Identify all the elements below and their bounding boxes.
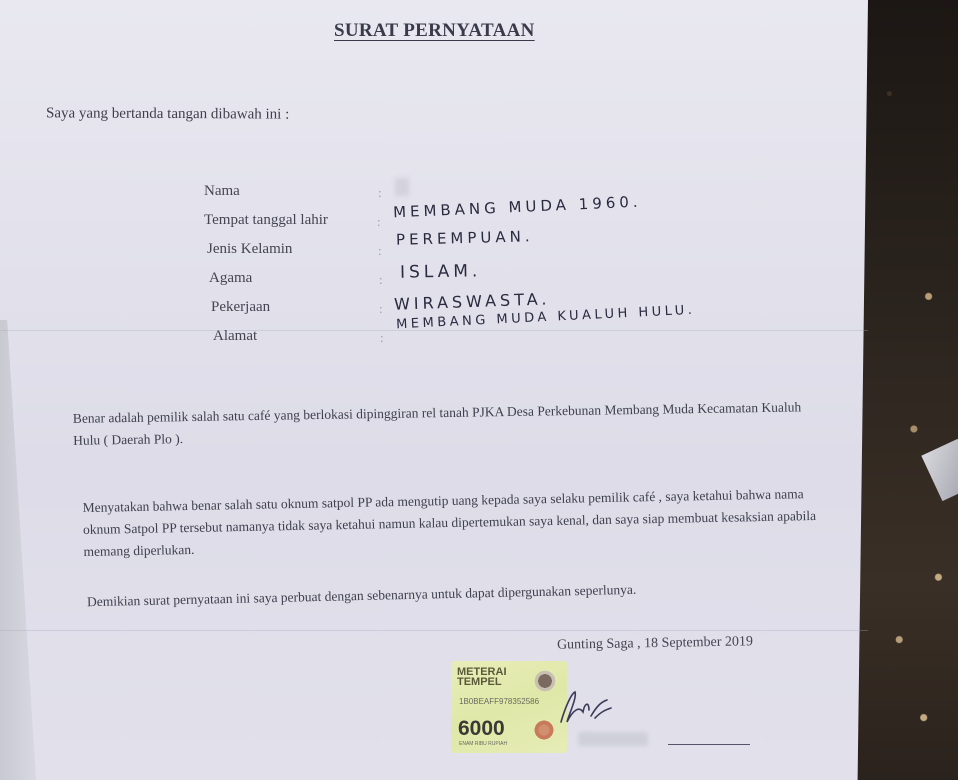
statement-paragraph-2: Menyatakan bahwa benar salah satu oknum … <box>82 483 818 563</box>
field-label-pekerjaan: Pekerjaan <box>211 299 270 316</box>
redacted-name <box>395 178 409 196</box>
field-label-agama: Agama <box>209 270 252 287</box>
field-colon: : <box>379 272 383 288</box>
field-label-alamat: Alamat <box>213 328 257 345</box>
field-label-jenis-kelamin: Jenis Kelamin <box>207 241 292 258</box>
field-colon: : <box>377 214 381 230</box>
stamp-serial-code: 1B0BEAFF978352586 <box>459 697 539 706</box>
field-label-ttl: Tempat tanggal lahir <box>204 212 328 229</box>
signature-icon <box>555 688 615 728</box>
stamp-seal-icon <box>533 719 555 741</box>
document-title: SURAT PERNYATAAN <box>334 20 535 42</box>
stamp-value-words: ENAM RIBU RUPIAH <box>459 741 507 747</box>
field-value-agama: ISLAM. <box>400 261 482 282</box>
field-colon: : <box>379 301 383 317</box>
place-date: Gunting Saga , 18 September 2019 <box>557 634 753 653</box>
signature-line <box>668 744 750 745</box>
stamp-value: 6000 <box>458 717 505 741</box>
field-colon: : <box>380 330 384 346</box>
intro-text: Saya yang bertanda tangan dibawah ini : <box>46 105 289 123</box>
paper-fold-line <box>0 630 868 631</box>
field-colon: : <box>378 185 382 201</box>
revenue-stamp: METERAI TEMPEL 1B0BEAFF978352586 6000 EN… <box>451 661 567 753</box>
garuda-emblem-icon <box>533 669 557 693</box>
field-value-jenis-kelamin: PEREMPUAN. <box>396 227 534 249</box>
redacted-signer-name <box>578 732 648 746</box>
field-label-nama: Nama <box>204 183 240 200</box>
field-colon: : <box>378 243 382 259</box>
background-ground <box>860 0 958 780</box>
stamp-title-line2: TEMPEL <box>457 677 507 687</box>
stamp-title: METERAI TEMPEL <box>457 667 507 687</box>
